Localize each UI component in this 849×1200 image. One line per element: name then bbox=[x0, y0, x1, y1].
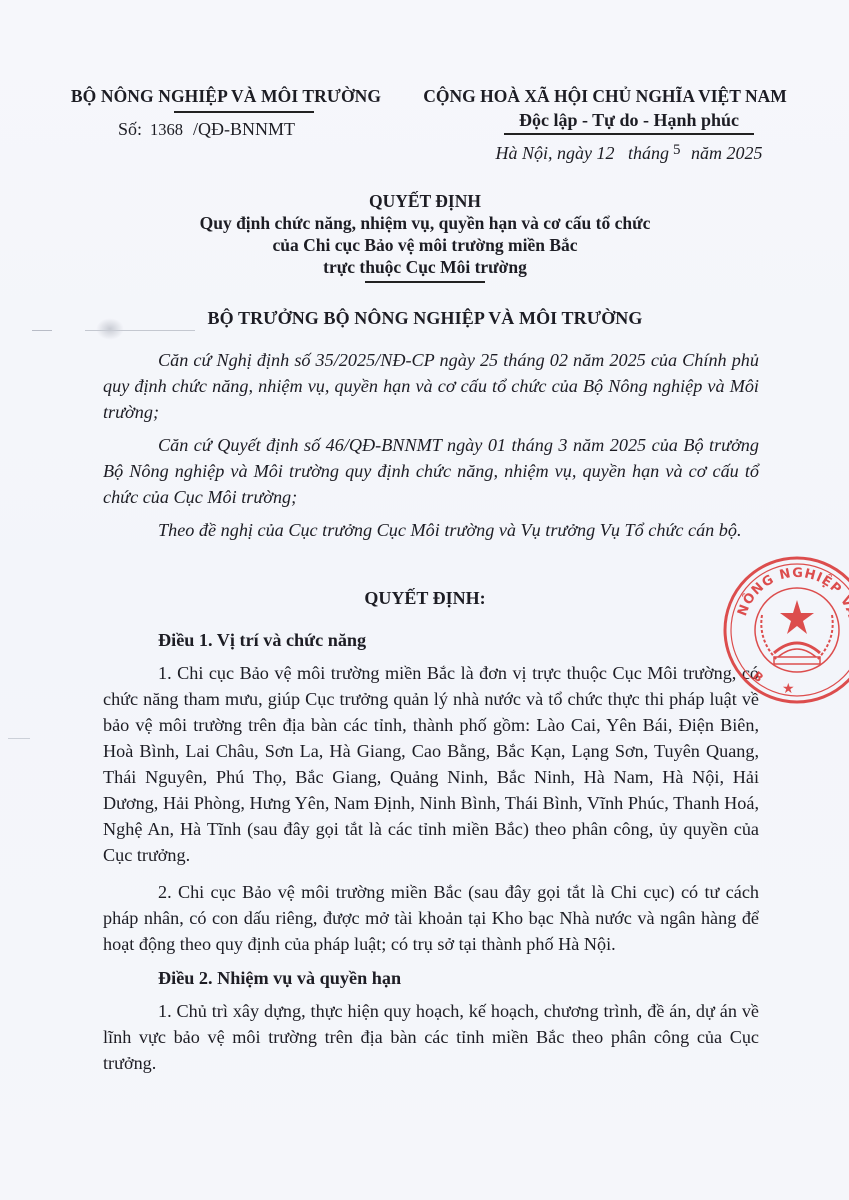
article-clause: 1. Chủ trì xây dựng, thực hiện quy hoạch… bbox=[103, 998, 759, 1076]
decision-title-block: QUYẾT ĐỊNH Quy định chức năng, nhiệm vụ,… bbox=[100, 190, 750, 283]
preamble-clause: Theo đề nghị của Cục trưởng Cục Môi trườ… bbox=[103, 517, 759, 543]
issuer-underline bbox=[174, 111, 314, 113]
scan-mark bbox=[32, 330, 52, 331]
doc-number-label: Số: bbox=[118, 119, 142, 139]
official-seal-icon: NÔNG NGHIỆP VÀ B ★ bbox=[722, 555, 849, 705]
svg-text:★: ★ bbox=[782, 681, 795, 697]
decision-subject-line: của Chi cục Bảo vệ môi trường miền Bắc bbox=[100, 234, 750, 256]
date-place-day: Hà Nội, ngày 12 bbox=[495, 143, 614, 163]
preamble-clause: Căn cứ Quyết định số 46/QĐ-BNNMT ngày 01… bbox=[103, 432, 759, 510]
date-year: năm 2025 bbox=[691, 143, 763, 163]
preamble: Căn cứ Nghị định số 35/2025/NĐ-CP ngày 2… bbox=[103, 347, 759, 543]
decision-title: QUYẾT ĐỊNH bbox=[100, 190, 750, 212]
article-clause: 2. Chi cục Bảo vệ môi trường miền Bắc (s… bbox=[103, 879, 759, 957]
decision-subject-line: trực thuộc Cục Môi trường bbox=[100, 256, 750, 278]
date-month-label: tháng bbox=[628, 143, 669, 163]
article-heading: Điều 1. Vị trí và chức năng bbox=[103, 627, 759, 653]
preamble-clause: Căn cứ Nghị định số 35/2025/NĐ-CP ngày 2… bbox=[103, 347, 759, 425]
decide-heading: QUYẾT ĐỊNH: bbox=[100, 588, 750, 609]
article-heading: Điều 2. Nhiệm vụ và quyền hạn bbox=[103, 965, 759, 991]
document-page: BỘ NÔNG NGHIỆP VÀ MÔI TRƯỜNG Số:1368/QĐ-… bbox=[0, 0, 849, 1200]
doc-number-value: 1368 bbox=[150, 120, 183, 139]
scan-mark bbox=[8, 738, 30, 739]
date-month: 5 bbox=[673, 142, 681, 158]
nation-name: CỘNG HOÀ XÃ HỘI CHỦ NGHĨA VIỆT NAM bbox=[395, 86, 815, 107]
doc-number-code: /QĐ-BNNMT bbox=[193, 119, 295, 139]
motto-underline bbox=[504, 133, 754, 135]
article-clause: 1. Chi cục Bảo vệ môi trường miền Bắc là… bbox=[103, 660, 759, 868]
document-number: Số:1368/QĐ-BNNMT bbox=[58, 119, 398, 140]
issuer-block: BỘ NÔNG NGHIỆP VÀ MÔI TRƯỜNG Số:1368/QĐ-… bbox=[58, 86, 398, 140]
svg-text:B: B bbox=[750, 669, 766, 686]
issuer-name: BỘ NÔNG NGHIỆP VÀ MÔI TRƯỜNG bbox=[54, 86, 398, 107]
issue-date: Hà Nội, ngày 12 tháng5 năm 2025 bbox=[419, 143, 839, 164]
issuing-authority: BỘ TRƯỞNG BỘ NÔNG NGHIỆP VÀ MÔI TRƯỜNG bbox=[100, 308, 750, 329]
decision-subject-line: Quy định chức năng, nhiệm vụ, quyền hạn … bbox=[100, 212, 750, 234]
title-underline bbox=[365, 281, 485, 283]
national-header: CỘNG HOÀ XÃ HỘI CHỦ NGHĨA VIỆT NAM Độc l… bbox=[395, 86, 815, 164]
articles: Điều 1. Vị trí và chức năng 1. Chi cục B… bbox=[103, 627, 759, 1076]
national-motto: Độc lập - Tự do - Hạnh phúc bbox=[419, 110, 839, 131]
